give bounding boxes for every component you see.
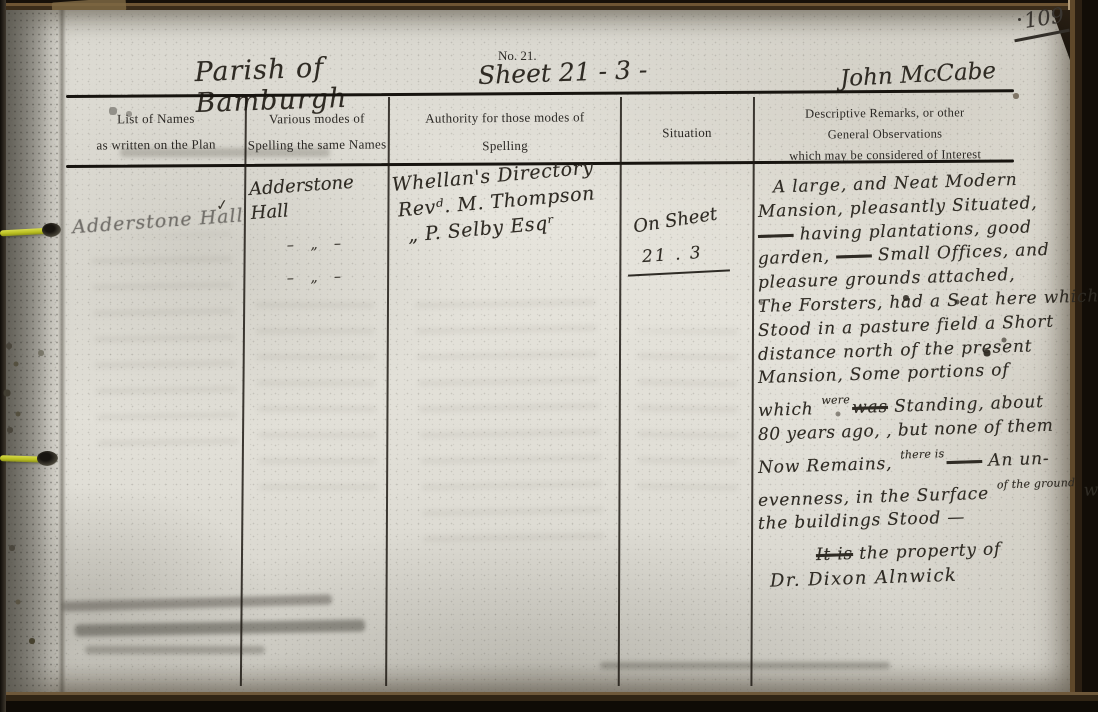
book-edge-top: [0, 0, 1098, 10]
header-col-remarks: Descriptive Remarks, or otherGeneral Obs…: [756, 102, 1015, 167]
binding-hole: [42, 223, 61, 237]
book-edge-right: [1068, 0, 1098, 712]
entry-spellings: Adderstone Hall– „ –– „ –: [250, 178, 384, 292]
scanned-ledger-photo: 109 Parish of Bamburgh No. 21. Sheet 21 …: [0, 0, 1098, 712]
page-fold-shadow: [58, 10, 66, 692]
sheet-number: Sheet 21 - 3 -: [478, 55, 648, 90]
header-col-situation: Situation: [622, 119, 752, 146]
book-edge-bottom: [0, 692, 1098, 712]
binding-hole: [37, 451, 58, 466]
header-col-spelling: Various modes ofSpelling the same Names: [246, 105, 388, 158]
entry-remarks: A large, and Neat ModernMansion, pleasan…: [758, 177, 1058, 594]
entry-situation-number: 21 . 3: [641, 243, 703, 267]
header-col-authority: Authority for those modes ofSpelling: [392, 103, 618, 161]
binding-gutter: [6, 10, 62, 692]
header-col-names: List of Namesas written on the Plan: [66, 105, 246, 159]
ink-specks: [0, 0, 2, 2]
entry-checkmark: ✓: [215, 195, 230, 216]
entry-authorities: Whellan's DirectoryRevᵈ. M. Thompson„ P.…: [392, 172, 632, 250]
ink-dot: [1018, 18, 1021, 21]
